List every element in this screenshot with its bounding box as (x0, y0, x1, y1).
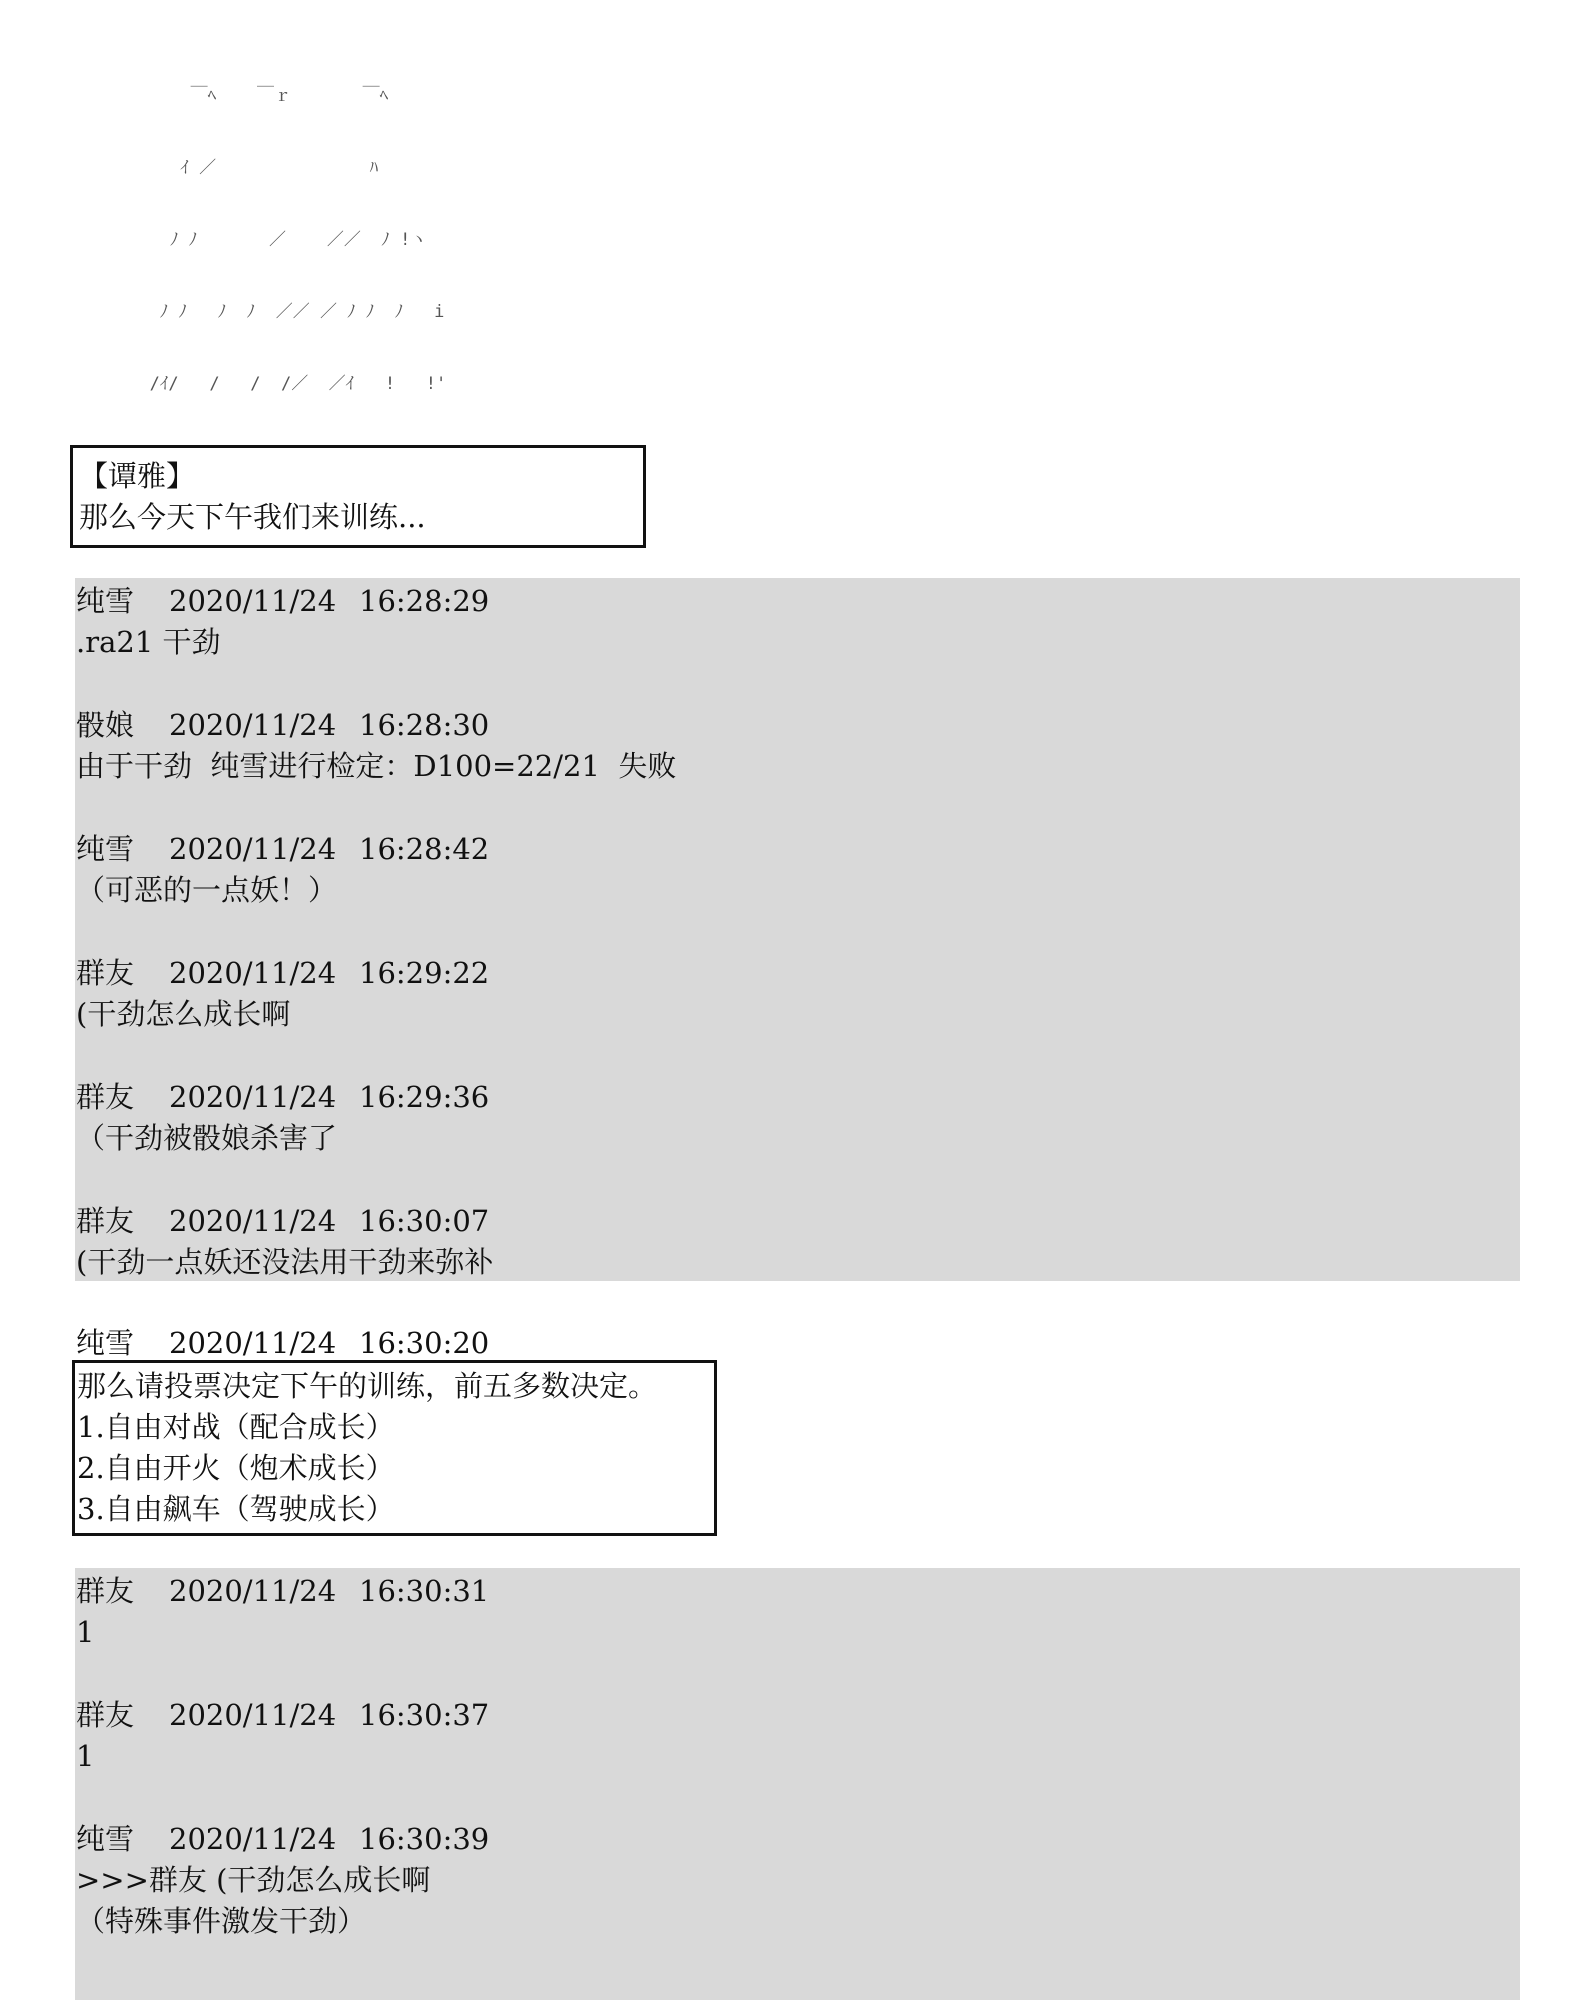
speaker-name: 群友 (76, 1698, 169, 1732)
ascii-art-illustration: ￣ﾍ ￣ｒ ￣ﾍ ｲ ／ ﾊ ﾉ ﾉ ／ ／／ ﾉ !ヽ ﾉ ﾉ ﾉ ﾉ ／／ … (78, 36, 578, 441)
narration-text: 那么今天下午我们来训练... (79, 497, 643, 538)
message-body: 1 (76, 1615, 94, 1649)
message-date: 2020/11/24 (169, 832, 359, 866)
message-header: 骰娘2020/11/2416:28:30 (76, 708, 489, 742)
message-body: （可恶的一点妖！） (76, 873, 337, 907)
message-time: 16:28:29 (359, 584, 489, 618)
message-header: 群友2020/11/2416:29:22 (76, 956, 489, 990)
message-header: 纯雪2020/11/2416:28:29 (76, 584, 489, 618)
speaker-name: 群友 (76, 1574, 169, 1608)
art-line: ｲ ／ ﾊ (78, 156, 578, 180)
vote-option-1: 1.自由对战（配合成长） (77, 1407, 714, 1448)
speaker-name: 骰娘 (76, 708, 169, 742)
message-body: 1 (76, 1739, 94, 1773)
message-date: 2020/11/24 (169, 1204, 359, 1238)
chat-log-block-1 (75, 578, 1520, 1281)
message-date: 2020/11/24 (169, 956, 359, 990)
message-body: .ra21 干劲 (76, 625, 221, 659)
message-time: 16:29:36 (359, 1080, 489, 1114)
speaker-name: 纯雪 (76, 832, 169, 866)
message-date: 2020/11/24 (169, 708, 359, 742)
message-header: 群友2020/11/2416:29:36 (76, 1080, 489, 1114)
vote-prompt: 那么请投票决定下午的训练，前五多数决定。 (77, 1366, 714, 1407)
message-date: 2020/11/24 (169, 584, 359, 618)
message-time: 16:29:22 (359, 956, 489, 990)
art-line: /ｲ/ / / /／ ／ｲ ! !' (78, 372, 578, 396)
vote-message-box: 那么请投票决定下午的训练，前五多数决定。 1.自由对战（配合成长） 2.自由开火… (72, 1360, 717, 1536)
art-line: ﾉ ﾉ ﾉ ﾉ ／／ ／ ﾉ ﾉ ﾉ i (78, 300, 578, 324)
message-header: 群友2020/11/2416:30:37 (76, 1698, 489, 1732)
narration-box: 【谭雅】 那么今天下午我们来训练... (70, 445, 646, 548)
message-body: >>>群友 (干劲怎么成长啊 (76, 1863, 430, 1897)
message-time: 16:28:30 (359, 708, 489, 742)
message-body-continued: （特殊事件激发干劲） (76, 1904, 366, 1938)
message-date: 2020/11/24 (169, 1326, 359, 1360)
message-body: 由于干劲 纯雪进行检定：D100=22/21 失败 (76, 749, 676, 783)
message-body: (干劲一点妖还没法用干劲来弥补 (76, 1245, 493, 1279)
message-time: 16:28:42 (359, 832, 489, 866)
message-time: 16:30:39 (359, 1822, 489, 1856)
message-body: (干劲怎么成长啊 (76, 997, 290, 1031)
message-header: 纯雪2020/11/2416:28:42 (76, 832, 489, 866)
message-date: 2020/11/24 (169, 1080, 359, 1114)
message-time: 16:30:20 (359, 1326, 489, 1360)
narration-speaker: 【谭雅】 (79, 456, 643, 497)
message-date: 2020/11/24 (169, 1574, 359, 1608)
message-header: 纯雪2020/11/2416:30:20 (76, 1326, 489, 1360)
message-header: 纯雪2020/11/2416:30:39 (76, 1822, 489, 1856)
message-time: 16:30:07 (359, 1204, 489, 1238)
speaker-name: 纯雪 (76, 584, 169, 618)
message-date: 2020/11/24 (169, 1698, 359, 1732)
message-date: 2020/11/24 (169, 1822, 359, 1856)
speaker-name: 群友 (76, 1204, 169, 1238)
speaker-name: 群友 (76, 956, 169, 990)
art-line: ￣ﾍ ￣ｒ ￣ﾍ (78, 84, 578, 108)
art-line: ﾉ ﾉ ／ ／／ ﾉ !ヽ (78, 228, 578, 252)
speaker-name: 纯雪 (76, 1326, 169, 1360)
message-header: 群友2020/11/2416:30:07 (76, 1204, 489, 1238)
message-body: （干劲被骰娘杀害了 (76, 1121, 337, 1155)
vote-option-3: 3.自由飙车（驾驶成长） (77, 1489, 714, 1530)
message-time: 16:30:37 (359, 1698, 489, 1732)
message-time: 16:30:31 (359, 1574, 489, 1608)
speaker-name: 纯雪 (76, 1822, 169, 1856)
speaker-name: 群友 (76, 1080, 169, 1114)
message-header: 群友2020/11/2416:30:31 (76, 1574, 489, 1608)
vote-option-2: 2.自由开火（炮术成长） (77, 1448, 714, 1489)
